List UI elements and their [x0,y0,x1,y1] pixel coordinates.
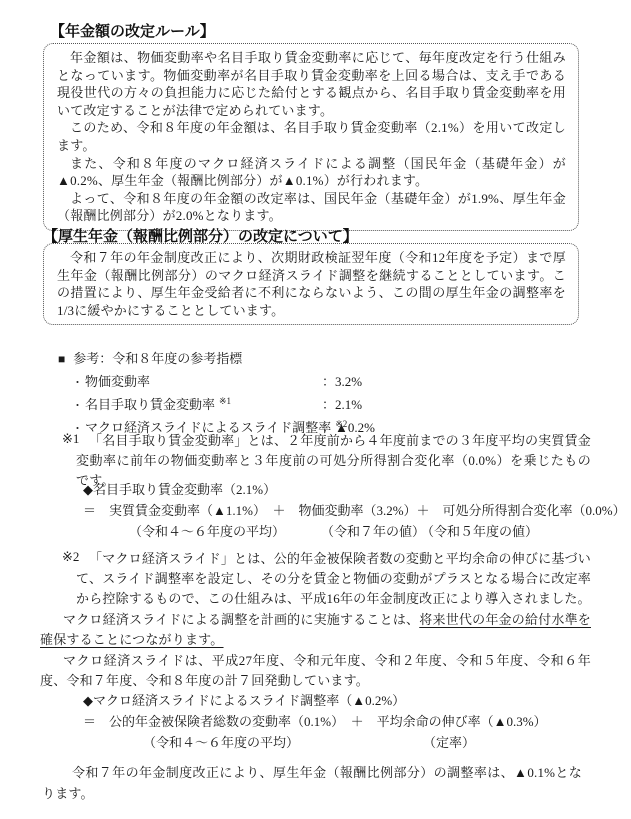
indicator-value: ：3.2% [322,371,362,390]
reference-title-text: 参考：令和８年度の参考指標 [73,348,242,367]
note-ref-sup: ※1 [219,396,231,406]
section2-rule-box: 令和７年の年金制度改正により、次期財政検証翌年度（令和12年度を予定）まで厚生年… [43,243,579,325]
formula-sublabel: （令和５年度の値） [421,521,538,542]
note2-paragraph-3: マクロ経済スライドは、平成27年度、令和元年度、令和２年度、令和５年度、令和６年… [40,651,591,691]
dot-bullet-icon: ・ [72,397,85,413]
indicator-label: 名目手取り賃金変動率※1 [85,394,322,413]
note2-section: ※2 「マクロ経済スライド」とは、公的年金被保険者数の変動と平均余命の伸びに基づ… [76,549,591,691]
dot-bullet-icon: ・ [72,374,85,390]
formula-sublabel: （令和７年の値） [321,521,425,542]
formula-sublabel: （令和４～６年度の平均） [143,732,299,753]
wage-formula: ◆名目手取り賃金変動率（2.1%） ＝ 実質賃金変動率（▲1.1%） ＋ 物価変… [83,479,626,542]
rule-paragraph: よって、令和８年度の年金額の改定率は、国民年金（基礎年金）が1.9%、厚生年金（… [57,190,566,225]
formula-title: ◆マクロ経済スライドによるスライド調整率（▲0.2%） [83,690,547,711]
formula-equation: ＝ 実質賃金変動率（▲1.1%） ＋ 物価変動率（3.2%）＋ 可処分所得割合変… [83,500,626,521]
indicator-row: ・ 物価変動率 ：3.2% [58,371,375,390]
indicator-value: ：2.1% [322,394,362,413]
document-page: 【年金額の改定ルール】 年金額は、物価変動率や名目手取り賃金変動率に応じて、毎年… [0,0,631,819]
formula-sublabels: （令和４～６年度の平均） （定率） [83,732,547,753]
note1-marker: ※1 [62,431,79,447]
rule-paragraph: また、令和８年度のマクロ経済スライドによる調整（国民年金（基礎年金）が▲0.2%… [57,155,566,190]
square-bullet-icon: ■ [58,352,65,367]
reference-section: ■ 参考：令和８年度の参考指標 ・ 物価変動率 ：3.2% ・ 名目手取り賃金変… [58,348,375,436]
section1-heading: 【年金額の改定ルール】 [50,20,215,41]
formula-equation: ＝ 公的年金被保険者総数の変動率（0.1%） ＋ 平均余命の伸び率（▲0.3%） [83,711,547,732]
note2-paragraph-1: 「マクロ経済スライド」とは、公的年金被保険者数の変動と平均余命の伸びに基づいて、… [76,549,591,609]
slide-adjustment-formula: ◆マクロ経済スライドによるスライド調整率（▲0.2%） ＝ 公的年金被保険者総数… [83,690,547,753]
formula-sublabel: （令和４～６年度の平均） [129,521,285,542]
rule-paragraph: このため、令和８年度の年金額は、名目手取り賃金変動率（2.1%）を用いて改定しま… [57,119,566,154]
formula-title: ◆名目手取り賃金変動率（2.1%） [83,479,626,500]
note2-marker: ※2 [62,549,79,565]
note2-paragraph-2: マクロ経済スライドによる調整を計画的に実施することは、将来世代の年金の給付水準を… [40,610,591,650]
indicator-row: ・ 名目手取り賃金変動率※1 ：2.1% [58,394,375,413]
formula-sublabel: （定率） [423,732,475,753]
closing-paragraph: 令和７年の年金制度改正により、厚生年金（報酬比例部分）の調整率は、▲0.1%とな… [42,762,582,804]
rule-paragraph: 令和７年の年金制度改正により、次期財政検証翌年度（令和12年度を予定）まで厚生年… [57,249,566,319]
indicator-label: 物価変動率 [85,371,322,390]
rule-paragraph: 年金額は、物価変動率や名目手取り賃金変動率に応じて、毎年度改定を行う仕組みとなっ… [57,49,566,119]
formula-sublabels: （令和４～６年度の平均） （令和７年の値） （令和５年度の値） [83,521,626,542]
reference-title: ■ 参考：令和８年度の参考指標 [58,348,375,367]
section1-rule-box: 年金額は、物価変動率や名目手取り賃金変動率に応じて、毎年度改定を行う仕組みとなっ… [43,43,579,231]
